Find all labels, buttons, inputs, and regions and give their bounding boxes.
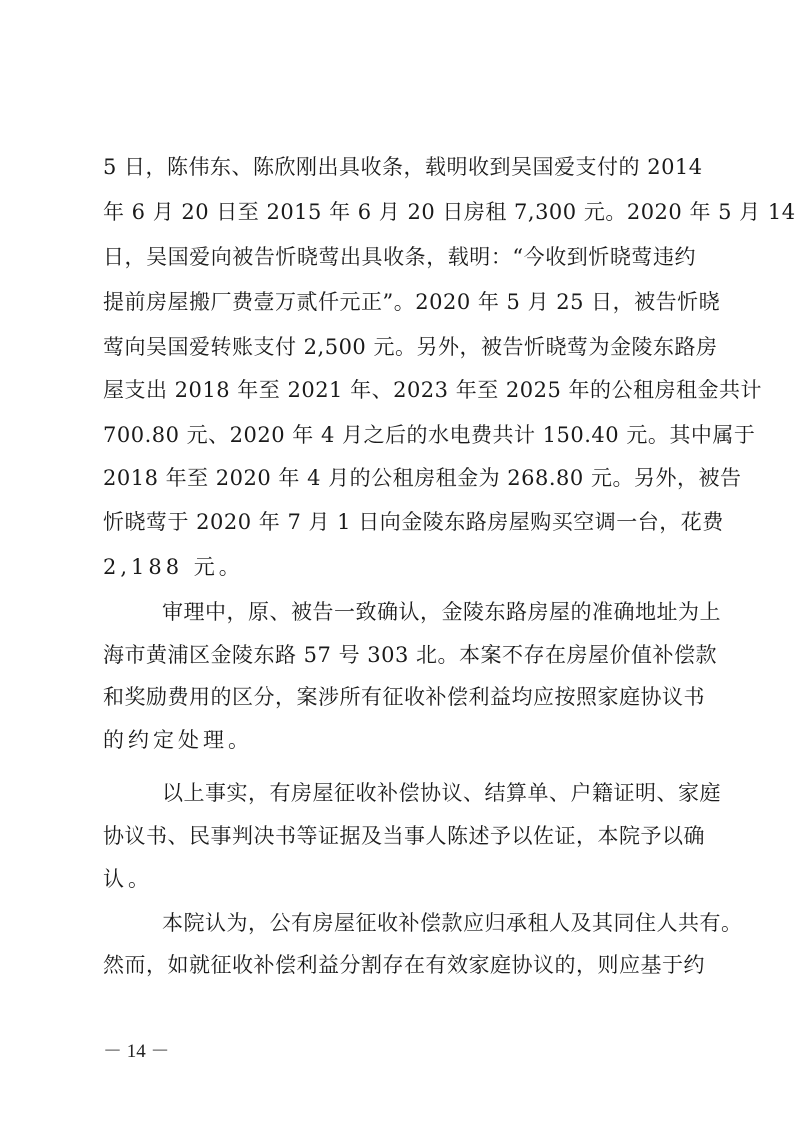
paragraph-1-line-8: 2018 年至 2020 年 4 月的公租房租金为 268.80 元。另外，被告 [103,463,696,493]
paragraph-2-line-2: 海市黄浦区金陵东路 57 号 303 北。本案不存在房屋价值补偿款 [103,640,696,670]
paragraph-2-line-1: 审理中，原、被告一致确认，金陵东路房屋的准确地址为上 [162,597,696,627]
paragraph-4-line-2: 然而，如就征收补偿利益分割存在有效家庭协议的，则应基于约 [103,950,696,980]
page-number: － 14 － [103,1038,170,1066]
paragraph-1-line-10: 2,188 元。 [103,552,696,582]
paragraph-1-line-4: 提前房屋搬厂费壹万贰仟元正”。2020 年 5 月 25 日，被告忻晓 [103,287,696,317]
paragraph-1-line-3: 日，吴国爱向被告忻晓莺出具收条，载明：“今收到忻晓莺违约 [103,242,696,272]
paragraph-1-line-6: 屋支出 2018 年至 2021 年、2023 年至 2025 年的公租房租金共… [103,375,696,405]
paragraph-1-line-2: 年 6 月 20 日至 2015 年 6 月 20 日房租 7,300 元。20… [103,197,696,227]
document-page: 5 日，陈伟东、陈欣刚出具收条，载明收到吴国爱支付的 2014 年 6 月 20… [0,0,800,1131]
paragraph-1-line-5: 莺向吴国爱转账支付 2,500 元。另外，被告忻晓莺为金陵东路房 [103,332,696,362]
paragraph-2-line-3: 和奖励费用的区分，案涉所有征收补偿利益均应按照家庭协议书 [103,682,696,712]
paragraph-3-line-1: 以上事实，有房屋征收补偿协议、结算单、户籍证明、家庭 [162,778,696,808]
paragraph-1-line-1: 5 日，陈伟东、陈欣刚出具收条，载明收到吴国爱支付的 2014 [103,152,696,182]
paragraph-2-line-4: 的约定处理。 [103,725,696,755]
paragraph-4-line-1: 本院认为，公有房屋征收补偿款应归承租人及其同住人共有。 [162,908,714,938]
paragraph-3-line-2: 协议书、民事判决书等证据及当事人陈述予以佐证，本院予以确 [103,821,696,851]
paragraph-3-line-3: 认。 [103,864,696,894]
paragraph-1-line-9: 忻晓莺于 2020 年 7 月 1 日向金陵东路房屋购买空调一台，花费 [103,507,696,537]
paragraph-1-line-7: 700.80 元、2020 年 4 月之后的水电费共计 150.40 元。其中属… [103,420,696,450]
